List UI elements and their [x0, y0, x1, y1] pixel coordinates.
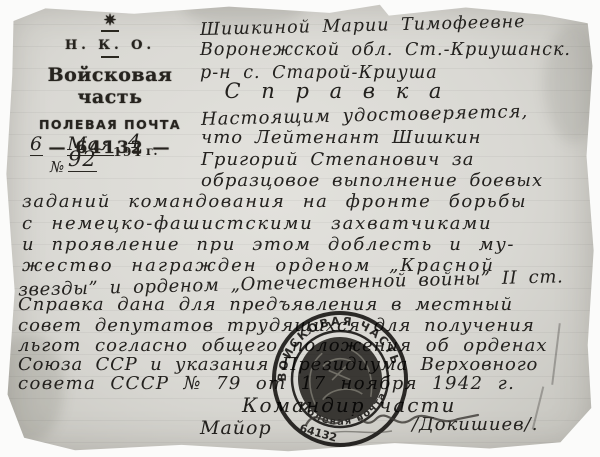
doc-title: С п р а в к а: [208, 79, 464, 103]
body-line: заданий командования на фронте борьбы: [22, 191, 527, 212]
body-line: образцовое выполнение боевых: [201, 170, 543, 191]
scanned-certificate-page: ✷ Н. К. О. Войсковая часть ПОЛЕВАЯ ПОЧТА…: [0, 0, 600, 457]
star-icon: ✷: [26, 13, 194, 27]
signature-squiggle: [300, 395, 490, 443]
body-line: с немецко-фашистскими захватчиками: [22, 213, 492, 234]
date-day: 6: [30, 133, 43, 156]
recipient-line-1: Шишкиной Марии Тимофеевне: [200, 12, 526, 40]
pencil-mark: [551, 323, 561, 385]
body-line: что Лейтенант Шишкин: [201, 127, 481, 148]
stamp-unit-name: Войсковая часть: [26, 64, 194, 108]
recipient-line-2: Воронежской обл. Ст.-Криушанск.: [200, 40, 571, 60]
stamp-divider: [101, 30, 119, 32]
doc-number-value: 92: [68, 147, 97, 172]
document-paper: ✷ Н. К. О. Войсковая часть ПОЛЕВАЯ ПОЧТА…: [4, 3, 596, 453]
stamp-divider: [101, 56, 119, 58]
body-line: Настоящим удостоверяется,: [201, 101, 529, 130]
body-line: и проявление при этом доблесть и му-: [22, 234, 515, 255]
body-line: Справка дана для предъявления в местный: [18, 294, 513, 315]
rank-label: Майор: [200, 417, 272, 439]
date-suffix: г.: [146, 144, 158, 158]
doc-number-label: №: [50, 158, 65, 176]
date-year-handwritten: 4: [128, 129, 142, 153]
stamp-field-post-label: ПОЛЕВАЯ ПОЧТА: [26, 117, 194, 132]
body-line: совета СССР № 79 от 17 ноября 1942 г.: [18, 373, 515, 394]
stamp-org-abbr: Н. К. О.: [26, 38, 194, 53]
body-line: Григорий Степанович за: [201, 149, 474, 170]
